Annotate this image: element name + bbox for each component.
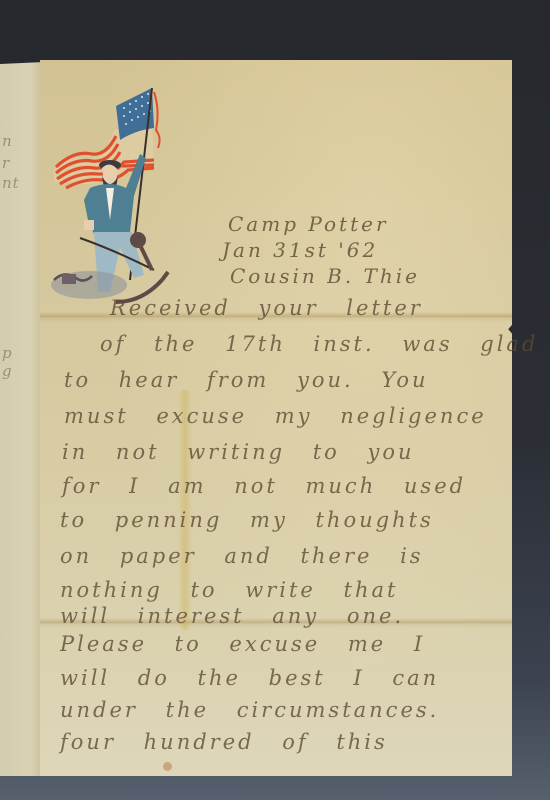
underlying-page: n r nt p g	[0, 62, 44, 776]
underlying-text-fragment: n	[2, 132, 13, 150]
letter-date: Jan 31st '62	[222, 238, 378, 262]
body-line: in not writing to you	[62, 440, 415, 464]
body-line: four hundred of this	[60, 730, 388, 754]
body-line: to hear from you. You	[64, 368, 429, 392]
body-line: will do the best I can	[60, 666, 439, 690]
underlying-text-fragment: g	[2, 362, 13, 380]
underlying-text-fragment: p	[2, 344, 13, 362]
patriotic-sailor-illustration	[44, 70, 174, 305]
underlying-text-fragment: nt	[2, 174, 20, 192]
body-line: must excuse my negligence	[64, 404, 487, 428]
body-line: for I am not much used	[62, 474, 466, 498]
ink-spot	[163, 762, 172, 771]
body-line: nothing to write that	[60, 578, 398, 602]
body-line: of the 17th inst. was glad	[100, 332, 538, 356]
letter-salutation: Cousin B. Thie	[230, 264, 420, 288]
body-line: will interest any one.	[60, 604, 404, 628]
body-line: to penning my thoughts	[60, 508, 434, 532]
rope-ground-icon	[51, 271, 127, 299]
underlying-text-fragment: r	[2, 154, 10, 172]
body-line: under the circumstances.	[60, 698, 439, 722]
body-line: Received your letter	[110, 296, 423, 320]
body-line: on paper and there is	[60, 544, 424, 568]
body-line: Please to excuse me I	[60, 632, 425, 656]
letter-place: Camp Potter	[228, 212, 389, 236]
